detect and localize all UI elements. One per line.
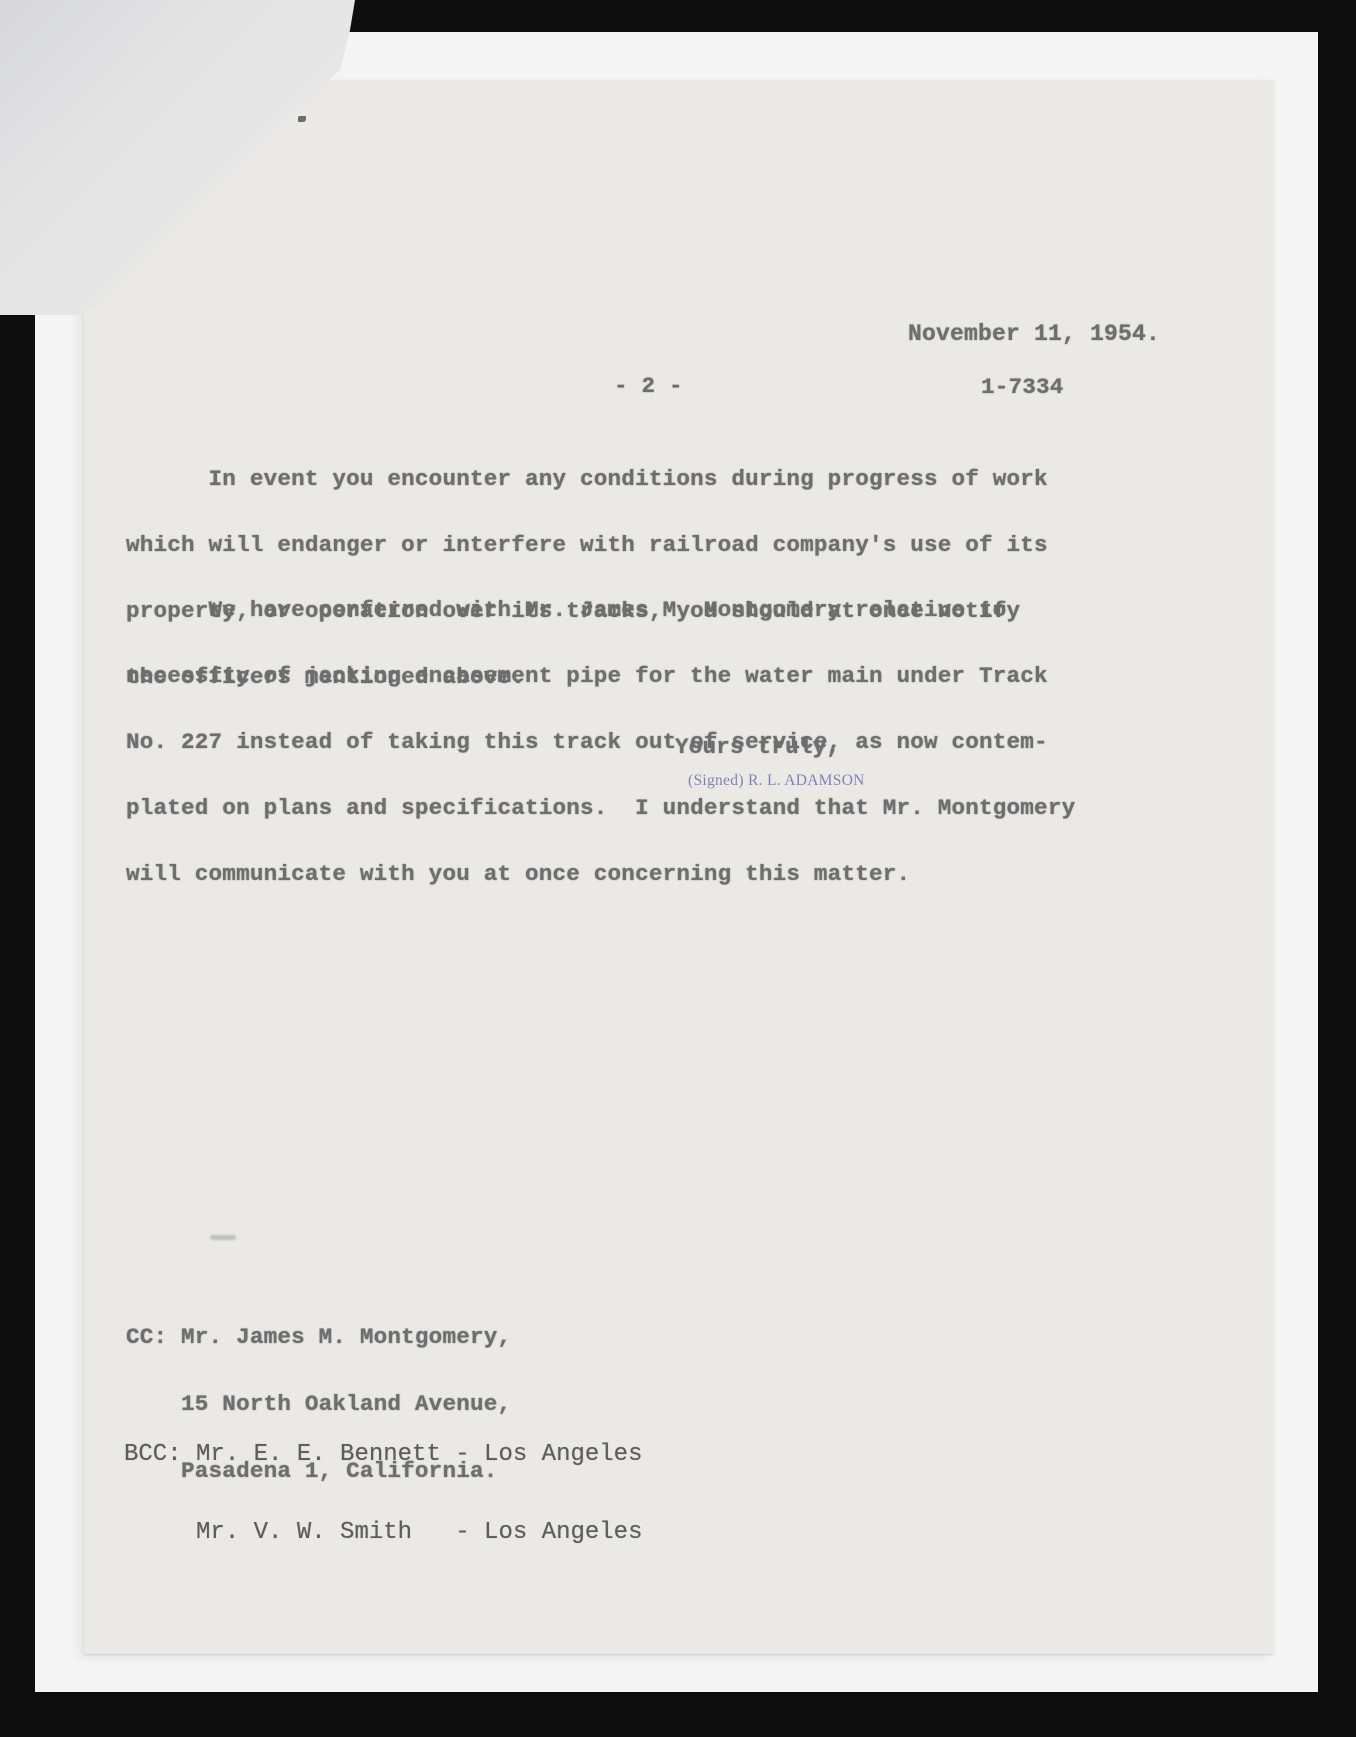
bcc-line: BCC: Mr. E. E. Bennett - Los Angeles xyxy=(124,1442,642,1468)
paragraph-line: which will endanger or interfere with ra… xyxy=(126,534,1186,556)
paragraph-line: In event you encounter any conditions du… xyxy=(126,468,1186,490)
cc-line: CC: Mr. James M. Montgomery, xyxy=(126,1326,511,1349)
bcc-line: Mr. V. W. Smith - Los Angeles xyxy=(124,1520,642,1546)
paragraph-line: plated on plans and specifications. I un… xyxy=(126,797,1186,819)
signature-stamp: (Signed) R. L. ADAMSON xyxy=(688,772,865,790)
closing-salutation: Yours truly, xyxy=(675,736,840,758)
letter-date: November 11, 1954. xyxy=(908,323,1160,345)
paragraph-line: We have conferred with Mr. James M. Mont… xyxy=(126,599,1186,621)
bcc-recipients: BCC: Mr. E. E. Bennett - Los Angeles Mr.… xyxy=(124,1390,642,1572)
page-number: - 2 - xyxy=(614,375,683,397)
tissue-tear-mark xyxy=(298,116,306,122)
ink-smudge xyxy=(210,1235,236,1240)
file-number: 1-7334 xyxy=(981,376,1064,398)
paragraph-line: No. 227 instead of taking this track out… xyxy=(126,731,1186,753)
paragraph-line: necessity of jacking encasement pipe for… xyxy=(126,665,1186,687)
paragraph-line: will communicate with you at once concer… xyxy=(126,863,1186,885)
paragraph-montgomery-conference: We have conferred with Mr. James M. Mont… xyxy=(126,555,1186,907)
